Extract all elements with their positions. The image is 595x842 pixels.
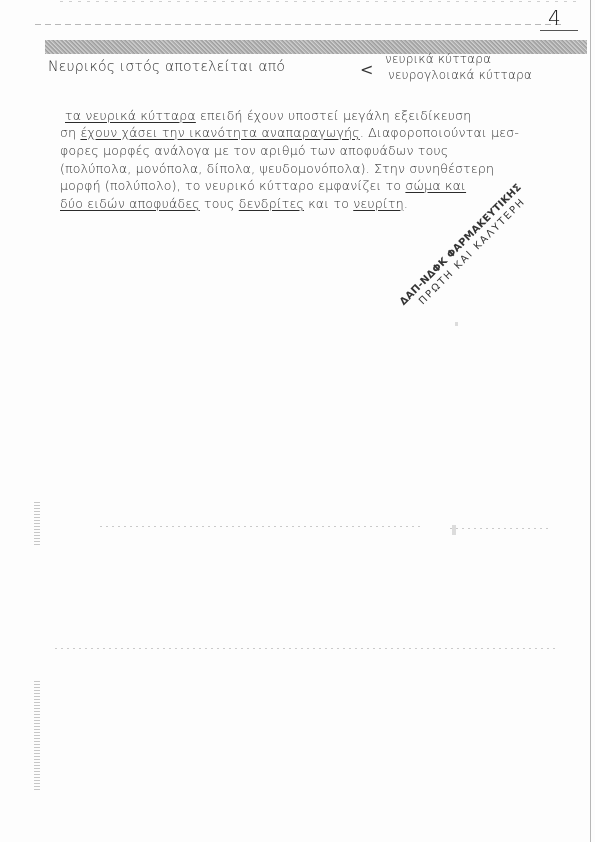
scan-artifact-left bbox=[34, 500, 40, 545]
text-span: επειδή έχουν υποστεί μεγάλη εξειδίκευση bbox=[200, 108, 471, 123]
handwritten-branch-b: νευρογλοιακά κύτταρα bbox=[388, 68, 532, 82]
rubber-stamp: ΔΑΠ-ΝΔΦΚ ΦΑΡΜΑΚΕΥΤΙΚΗΣ ΠΡΩΤΗ ΚΑΙ ΚΑΛΥΤΕΡ… bbox=[398, 182, 533, 317]
scan-artifact-top bbox=[60, 1, 580, 2]
stamp-line-1: ΔΑΠ-ΝΔΦΚ ΦΑΡΜΑΚΕΥΤΙΚΗΣ bbox=[398, 182, 524, 308]
branch-brace-icon: < bbox=[360, 60, 373, 79]
scan-shading-band bbox=[45, 40, 587, 54]
underlined-phrase: νευρίτη bbox=[353, 196, 404, 211]
page-edge bbox=[590, 0, 591, 842]
handwritten-branch-a: νευρικά κύτταρα bbox=[385, 52, 491, 66]
underlined-phrase: δενδρίτες bbox=[239, 196, 304, 211]
underlined-phrase: έχουν χάσει την ικανότητα αναπαραγωγής bbox=[80, 125, 359, 140]
stamp-line-2: ΠΡΩΤΗ ΚΑΙ ΚΑΛΥΤΕΡΗ bbox=[417, 191, 533, 307]
scan-speck bbox=[455, 322, 458, 326]
handwritten-line-1: Νευρικός ιστός αποτελείται από bbox=[48, 59, 285, 75]
page-number: 4 bbox=[548, 6, 561, 30]
underlined-phrase: δύο ειδών αποφυάδες bbox=[60, 196, 200, 211]
handwritten-line-5: (πολύπολα, μονόπολα, δίπολα, ψευδομονόπο… bbox=[60, 161, 494, 176]
underlined-phrase: τα νευρικά κύτταρα bbox=[65, 108, 196, 123]
header-rule bbox=[35, 24, 565, 25]
scan-speck bbox=[452, 525, 456, 535]
scanned-page: 4 Νευρικός ιστός αποτελείται από < νευρι… bbox=[0, 0, 595, 842]
handwritten-line-2: τα νευρικά κύτταρα επειδή έχουν υποστεί … bbox=[65, 108, 471, 123]
text-span: και το bbox=[308, 196, 349, 211]
underlined-phrase: σώμα και bbox=[405, 178, 466, 193]
scan-artifact-line bbox=[100, 526, 420, 527]
text-span: τους bbox=[204, 196, 235, 211]
handwritten-line-3: ση έχουν χάσει την ικανότητα αναπαραγωγή… bbox=[60, 125, 519, 140]
text-span: ση bbox=[60, 125, 76, 140]
handwritten-line-7: δύο ειδών αποφυάδες τους δενδρίτες και τ… bbox=[60, 196, 408, 211]
page-number-underline bbox=[540, 30, 578, 31]
scan-artifact-line bbox=[450, 528, 550, 529]
handwritten-line-4: φορες μορφές ανάλογα με τον αριθμό των α… bbox=[60, 143, 448, 158]
handwritten-line-6: μορφή (πολύπολο), το νευρικό κύτταρο εμφ… bbox=[60, 178, 466, 193]
period: . bbox=[404, 196, 408, 211]
text-span: μορφή (πολύπολο), το νευρικό κύτταρο εμφ… bbox=[60, 178, 401, 193]
text-span: . Διαφοροποιούνται μεσ- bbox=[360, 125, 519, 140]
scan-artifact-left bbox=[34, 680, 40, 790]
scan-artifact-line bbox=[55, 648, 555, 649]
